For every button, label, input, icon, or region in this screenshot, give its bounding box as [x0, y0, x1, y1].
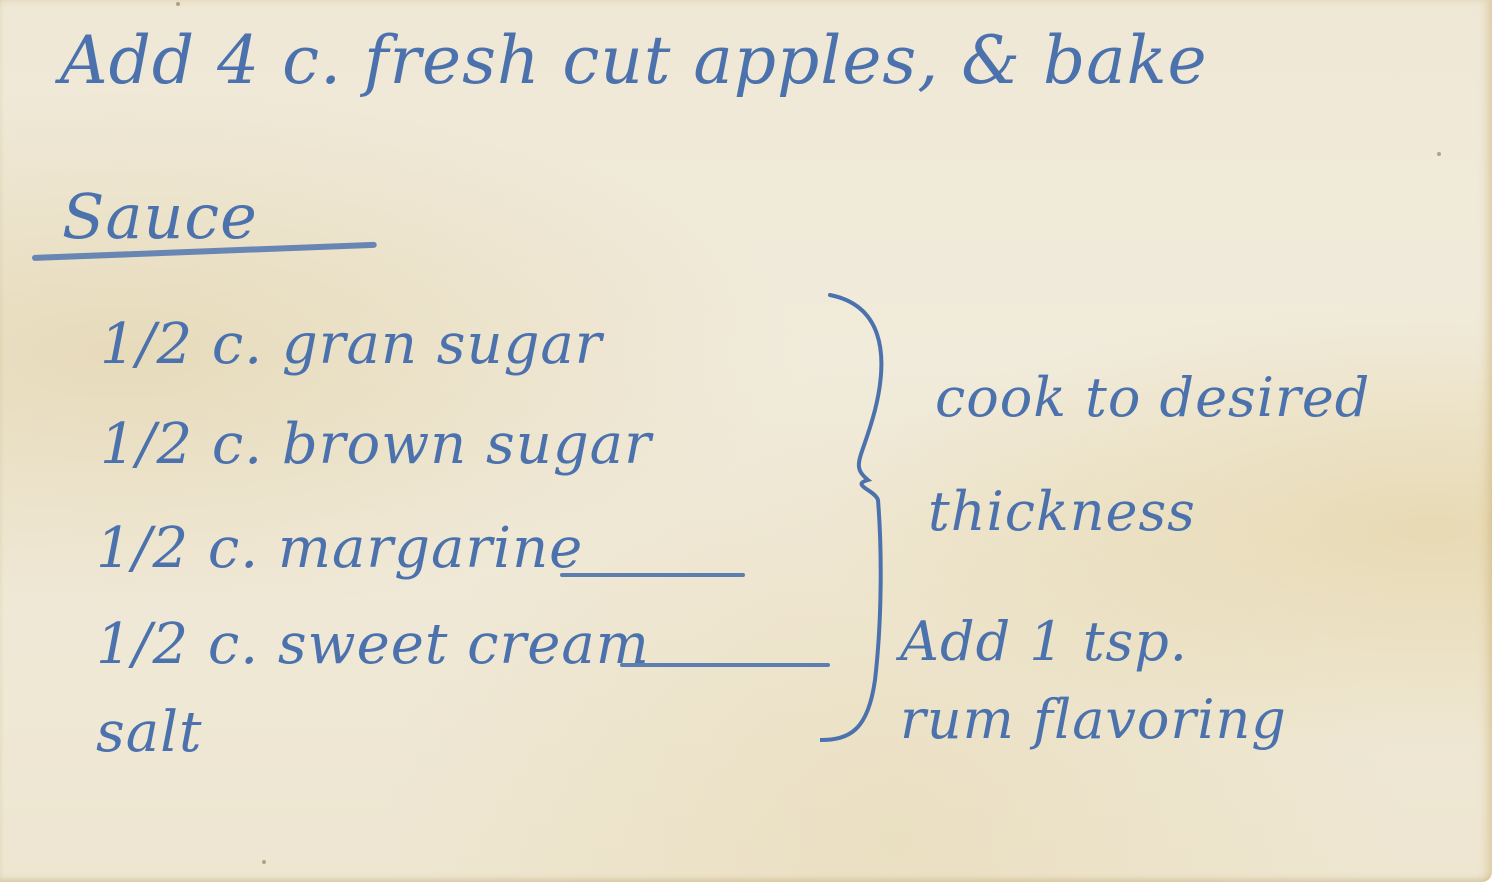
- ink-underline-stroke: [620, 663, 830, 667]
- ingredient-item: 1/2 c. gran sugar: [100, 312, 603, 377]
- paper-speck: [176, 2, 180, 6]
- ingredient-item: salt: [96, 700, 203, 765]
- instruction-line: Add 1 tsp.: [900, 610, 1188, 673]
- instruction-line: rum flavoring: [900, 688, 1287, 751]
- paper-speck: [262, 860, 266, 864]
- ingredient-item: 1/2 c. margarine: [96, 516, 583, 581]
- instruction-line: thickness: [928, 480, 1196, 543]
- recipe-card: Add 4 c. fresh cut apples, & bake Sauce …: [0, 0, 1492, 882]
- instruction-line: cook to desired: [935, 366, 1370, 429]
- ink-underline-stroke: [560, 573, 745, 577]
- ingredient-item: 1/2 c. sweet cream: [96, 612, 650, 677]
- section-heading: Sauce: [62, 180, 258, 253]
- paper-speck: [1437, 152, 1441, 156]
- ingredient-item: 1/2 c. brown sugar: [100, 412, 652, 477]
- top-instruction-line: Add 4 c. fresh cut apples, & bake: [60, 22, 1208, 99]
- curly-brace-icon: [820, 290, 900, 750]
